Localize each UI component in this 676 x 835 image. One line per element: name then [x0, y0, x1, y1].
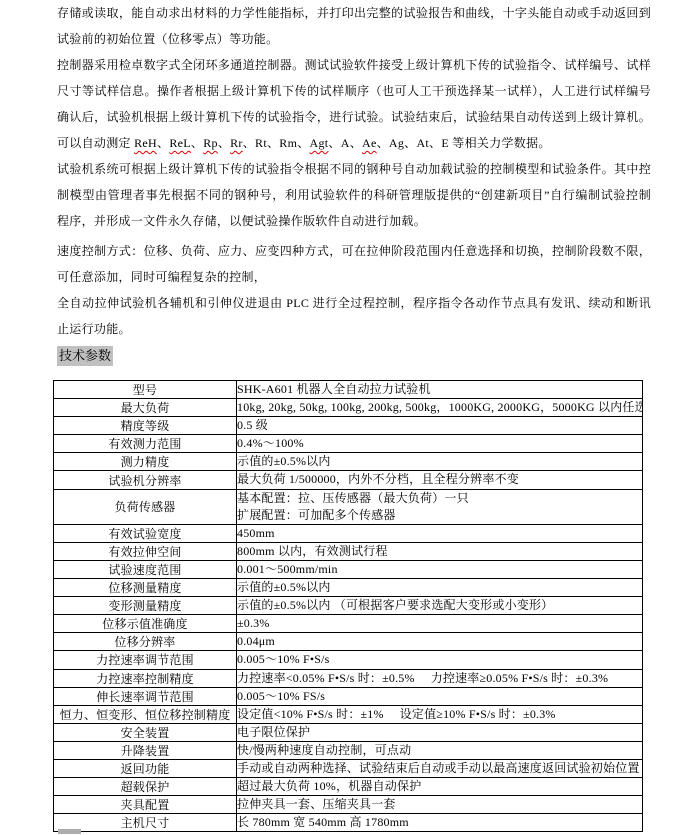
spec-label: 升降装置: [54, 741, 237, 759]
spec-value: SHK-A601 机器人全自动拉力试验机: [237, 381, 643, 399]
misspelled-term: Rp: [203, 136, 218, 150]
text-line: 可任意添加，同时可编程复杂的控制，: [57, 264, 651, 290]
text-segment: 可以自动测定: [57, 136, 134, 150]
text-segment: 全自动拉伸试验机各辅机和引伸仪进退由 PLC 进行全过程控制，程序指令各动作节点…: [57, 296, 651, 316]
spec-value-line: 扩展配置：可加配多个传感器: [237, 507, 642, 524]
spec-value-line: 800mm 以内，有效测试行程: [237, 543, 642, 560]
spec-value: 0.005～10% F•S/s: [237, 651, 643, 669]
spec-value-line: 0.001～500mm/min: [237, 561, 642, 578]
spec-label: 精度等级: [54, 417, 237, 435]
misspelled-term: Ae: [362, 136, 377, 150]
text-segment: 存储或读取，能自动求出材料的力学性能指标，并打印出完整的试验报告和曲线，十字头能…: [57, 6, 651, 20]
spec-value-line: 设定值<10% F•S/s 时：±1% 设定值≥10% F•S/s 时：±0.3…: [237, 706, 642, 723]
section-heading-technical-parameters: 技术参数: [57, 346, 113, 366]
spec-label-text: 力控速率调节范围: [96, 653, 194, 667]
spec-value-line: ±0.3%: [237, 615, 642, 632]
table-row: 位移分辨率0.04μm: [54, 633, 643, 651]
spec-label-text: 位移示值准确度: [102, 617, 187, 631]
spec-value-line: 10kg, 20kg, 50kg, 100kg, 200kg, 500kg，10…: [237, 399, 642, 416]
spec-value-line: 0.04μm: [237, 633, 642, 650]
spec-label-text: 恒力、恒变形、恒位移控制精度: [60, 708, 231, 722]
spec-value-line: 基本配置：拉、压传感器（最大负荷）一只: [237, 490, 642, 507]
spec-label: 返回功能: [54, 759, 237, 777]
spec-value-line: 长 780mm 宽 540mm 高 1780mm: [237, 814, 642, 831]
text-segment: 可任意添加，同时可编程复杂的控制，: [57, 270, 266, 284]
table-row: 力控速率调节范围0.005～10% F•S/s: [54, 651, 643, 669]
text-line: 控制器采用检卓数字式全闭环多通道控制器。测试试验软件接受上级计算机下传的试验指令…: [57, 52, 651, 78]
spec-label-text: 超载保护: [121, 780, 170, 794]
spec-value: 800mm 以内，有效测试行程: [237, 542, 643, 560]
text-line: 程序，并形成一文件永久存储，以便试验操作版软件自动进行加载。: [57, 208, 651, 234]
text-line: 全自动拉伸试验机各辅机和引伸仪进退由 PLC 进行全过程控制，程序指令各动作节点…: [57, 290, 651, 316]
table-row: 试验速度范围0.001～500mm/min: [54, 560, 643, 578]
text-segment: 试验前的初始位置（位移零点）等功能。: [57, 32, 278, 46]
spec-label: 安全装置: [54, 723, 237, 741]
spec-label-text: 测力精度: [121, 455, 170, 469]
spec-value: 450mm: [237, 524, 643, 542]
spec-value: 电子限位保护: [237, 723, 643, 741]
misspelled-term: ReH: [134, 136, 157, 150]
spec-value: 10kg, 20kg, 50kg, 100kg, 200kg, 500kg，10…: [237, 399, 643, 417]
table-row: 有效测力范围0.4%～100%: [54, 435, 643, 453]
spec-value: 基本配置：拉、压传感器（最大负荷）一只扩展配置：可加配多个传感器: [237, 489, 643, 524]
spec-value: 0.5 级: [237, 417, 643, 435]
table-row: 升降装置快/慢两种速度自动控制，可点动: [54, 741, 643, 759]
spec-value-line: 示值的±0.5%以内: [237, 453, 642, 470]
text-segment: 、: [218, 136, 230, 150]
spec-label: 伸长速率调节范围: [54, 687, 237, 705]
spec-label-text: 安全装置: [121, 726, 170, 740]
spec-value-line: 超过最大负荷 10%，机器自动保护: [237, 778, 642, 795]
spec-value-line: 快/慢两种速度自动控制，可点动: [237, 742, 642, 759]
spec-value: 手动或自动两种选择、试验结束后自动或手动以最高速度返回试验初始位置: [237, 759, 643, 777]
spec-value: 拉伸夹具一套、压缩夹具一套: [237, 796, 643, 814]
text-line: 速度控制方式：位移、负荷、应力、应变四种方式，可在拉伸阶段范围内任意选择和切换，…: [57, 238, 651, 264]
paragraph: 速度控制方式：位移、负荷、应力、应变四种方式，可在拉伸阶段范围内任意选择和切换，…: [57, 238, 651, 290]
spec-label: 有效试验宽度: [54, 524, 237, 542]
table-row: 精度等级0.5 级: [54, 417, 643, 435]
document-text: 存储或读取，能自动求出材料的力学性能指标，并打印出完整的试验报告和曲线，十字头能…: [57, 0, 651, 342]
table-row: 有效试验宽度450mm: [54, 524, 643, 542]
table-row: 型号SHK-A601 机器人全自动拉力试验机: [54, 381, 643, 399]
spec-value: 0.001～500mm/min: [237, 560, 643, 578]
spec-value-line: 0.5 级: [237, 417, 642, 434]
spec-value-line: 0.4%～100%: [237, 435, 642, 452]
spec-label-text: 夹具配置: [121, 798, 170, 812]
table-row: 变形测量精度示值的±0.5%以内 （可根据客户要求选配大变形或小变形）: [54, 597, 643, 615]
spec-label: 负荷传感器: [54, 489, 237, 524]
spec-value: 0.005～10% FS/s: [237, 687, 643, 705]
spec-label-text: 有效测力范围: [108, 437, 181, 451]
spec-label-text: 有效拉伸空间: [108, 545, 181, 559]
heading-area: 技术参数: [57, 342, 651, 368]
spec-label: 位移示值准确度: [54, 615, 237, 633]
spec-label: 变形测量精度: [54, 597, 237, 615]
spec-value-line: 手动或自动两种选择、试验结束后自动或手动以最高速度返回试验初始位置: [237, 760, 642, 777]
table-row: 主机尺寸长 780mm 宽 540mm 高 1780mm: [54, 814, 643, 832]
spec-value: 0.04μm: [237, 633, 643, 651]
spec-label: 位移分辨率: [54, 633, 237, 651]
text-line: 试验机系统可根据上级计算机下传的试验指令根据不同的钢种号自动加载试验的控制模型和…: [57, 156, 651, 182]
table-row: 负荷传感器基本配置：拉、压传感器（最大负荷）一只扩展配置：可加配多个传感器: [54, 489, 643, 524]
text-segment: 试验机系统可根据上级计算机下传的试验指令根据不同的钢种号自动加载试验的控制模型和…: [57, 162, 651, 176]
spec-label-text: 有效试验宽度: [108, 527, 181, 541]
misspelled-term: Agt: [310, 136, 329, 150]
table-row: 安全装置电子限位保护: [54, 723, 643, 741]
spec-label-text: 力控速率控制精度: [96, 672, 194, 686]
text-line: 止运行功能。: [57, 316, 651, 342]
text-segment: 确认后，试验机根据上级计算机下传的试验指令，进行试验。试验结束后，试验结果自动传…: [57, 110, 651, 124]
spec-label-text: 伸长速率调节范围: [96, 690, 194, 704]
spec-value: 示值的±0.5%以内: [237, 453, 643, 471]
spec-label: 有效测力范围: [54, 435, 237, 453]
text-segment: 、: [157, 136, 169, 150]
table-row: 试验机分辨率最大负荷 1/500000，内外不分档，且全程分辨率不变: [54, 471, 643, 489]
text-segment: 、Ag、At、E 等相关力学数据。: [377, 136, 551, 150]
spec-value-line: SHK-A601 机器人全自动拉力试验机: [237, 381, 642, 398]
paragraph: 全自动拉伸试验机各辅机和引伸仪进退由 PLC 进行全过程控制，程序指令各动作节点…: [57, 290, 651, 342]
spec-label: 测力精度: [54, 453, 237, 471]
spec-value-line: 0.005～10% FS/s: [237, 688, 642, 705]
spec-value-line: 示值的±0.5%以内 （可根据客户要求选配大变形或小变形）: [237, 597, 642, 614]
spec-label-text: 位移测量精度: [108, 581, 181, 595]
paragraph: 存储或读取，能自动求出材料的力学性能指标，并打印出完整的试验报告和曲线，十字头能…: [57, 0, 651, 52]
text-line: 试验前的初始位置（位移零点）等功能。: [57, 26, 651, 52]
table-row: 测力精度示值的±0.5%以内: [54, 453, 643, 471]
text-line: 存储或读取，能自动求出材料的力学性能指标，并打印出完整的试验报告和曲线，十字头能…: [57, 0, 651, 26]
spec-value: 最大负荷 1/500000，内外不分档，且全程分辨率不变: [237, 471, 643, 489]
text-segment: 止运行功能。: [57, 322, 131, 336]
spec-label-text: 型号: [133, 383, 157, 397]
table-row: 位移测量精度示值的±0.5%以内: [54, 579, 643, 597]
spec-value-line: 拉伸夹具一套、压缩夹具一套: [237, 796, 642, 813]
page-bottom-cutoff-highlight: [58, 829, 81, 834]
text-line: 尺寸等试样信息。操作者根据上级计算机下传的试样顺序（也可人工干预选择某一试样），…: [57, 78, 651, 104]
heading-row: 技术参数: [57, 346, 651, 368]
spec-value-line: 450mm: [237, 525, 642, 542]
table-row: 伸长速率调节范围0.005～10% FS/s: [54, 687, 643, 705]
spec-value: 示值的±0.5%以内 （可根据客户要求选配大变形或小变形）: [237, 597, 643, 615]
text-segment: 、A、: [328, 136, 362, 150]
spec-label: 试验速度范围: [54, 560, 237, 578]
spec-value: 0.4%～100%: [237, 435, 643, 453]
spec-label-text: 主机尺寸: [121, 816, 170, 830]
text-segment: 程序，并形成一文件永久存储，以便试验操作版软件自动进行加载。: [57, 214, 426, 228]
spec-label-text: 位移分辨率: [114, 635, 175, 649]
spec-value-line: 0.005～10% F•S/s: [237, 651, 642, 668]
spec-label: 力控速率控制精度: [54, 669, 237, 687]
spec-label: 试验机分辨率: [54, 471, 237, 489]
spec-label: 型号: [54, 381, 237, 399]
spec-value: 示值的±0.5%以内: [237, 579, 643, 597]
spec-label: 位移测量精度: [54, 579, 237, 597]
spec-label-text: 负荷传感器: [114, 500, 175, 514]
misspelled-term: Rr: [230, 136, 243, 150]
spec-value: 设定值<10% F•S/s 时：±1% 设定值≥10% F•S/s 时：±0.3…: [237, 705, 643, 723]
spec-value: 快/慢两种速度自动控制，可点动: [237, 741, 643, 759]
spec-value-line: 力控速率<0.05% F•S/s 时：±0.5% 力控速率≥0.05% F•S/…: [237, 670, 642, 687]
spec-table: 型号SHK-A601 机器人全自动拉力试验机最大负荷10kg, 20kg, 50…: [53, 380, 643, 832]
text-segment: 、Rt、Rm、: [243, 136, 310, 150]
table-row: 夹具配置拉伸夹具一套、压缩夹具一套: [54, 796, 643, 814]
spec-table-body: 型号SHK-A601 机器人全自动拉力试验机最大负荷10kg, 20kg, 50…: [54, 381, 643, 832]
spec-value-line: 示值的±0.5%以内: [237, 579, 642, 596]
spec-label-text: 最大负荷: [121, 401, 170, 415]
spec-label-text: 精度等级: [121, 419, 170, 433]
table-row: 位移示值准确度±0.3%: [54, 615, 643, 633]
spec-value: 超过最大负荷 10%，机器自动保护: [237, 778, 643, 796]
spec-label-text: 返回功能: [121, 762, 170, 776]
spec-label: 恒力、恒变形、恒位移控制精度: [54, 705, 237, 723]
paragraph: 控制器采用检卓数字式全闭环多通道控制器。测试试验软件接受上级计算机下传的试验指令…: [57, 52, 651, 156]
table-row: 有效拉伸空间800mm 以内，有效测试行程: [54, 542, 643, 560]
text-line: 可以自动测定 ReH、ReL、Rp、Rr、Rt、Rm、Agt、A、Ae、Ag、A…: [57, 130, 651, 156]
spec-label-text: 试验机分辨率: [108, 474, 181, 488]
table-row: 恒力、恒变形、恒位移控制精度设定值<10% F•S/s 时：±1% 设定值≥10…: [54, 705, 643, 723]
table-row: 力控速率控制精度力控速率<0.05% F•S/s 时：±0.5% 力控速率≥0.…: [54, 669, 643, 687]
text-segment: 制模型由管理者事先根据不同的钢种号，利用试验软件的科研管理版提供的“创建新项目”…: [57, 188, 651, 202]
text-line: 确认后，试验机根据上级计算机下传的试验指令，进行试验。试验结束后，试验结果自动传…: [57, 104, 651, 130]
table-row: 超载保护超过最大负荷 10%，机器自动保护: [54, 778, 643, 796]
spec-label: 最大负荷: [54, 399, 237, 417]
spec-value: ±0.3%: [237, 615, 643, 633]
paragraph: 试验机系统可根据上级计算机下传的试验指令根据不同的钢种号自动加载试验的控制模型和…: [57, 156, 651, 234]
text-segment: 控制器采用检卓数字式全闭环多通道控制器。测试试验软件接受上级计算机下传的试验指令…: [57, 58, 651, 72]
text-segment: 尺寸等试样信息。操作者根据上级计算机下传的试样顺序（也可人工干预选择某一试样），…: [57, 84, 651, 98]
spec-label: 有效拉伸空间: [54, 542, 237, 560]
text-segment: 速度控制方式：位移、负荷、应力、应变四种方式，可在拉伸阶段范围内任意选择和切换，…: [57, 244, 651, 258]
spec-label-text: 试验速度范围: [108, 563, 181, 577]
spec-value-line: 最大负荷 1/500000，内外不分档，且全程分辨率不变: [237, 471, 642, 488]
spec-label-text: 变形测量精度: [108, 599, 181, 613]
spec-value: 力控速率<0.05% F•S/s 时：±0.5% 力控速率≥0.05% F•S/…: [237, 669, 643, 687]
text-line: 制模型由管理者事先根据不同的钢种号，利用试验软件的科研管理版提供的“创建新项目”…: [57, 182, 651, 208]
spec-value: 长 780mm 宽 540mm 高 1780mm: [237, 814, 643, 832]
misspelled-term: ReL: [169, 136, 191, 150]
table-row: 最大负荷10kg, 20kg, 50kg, 100kg, 200kg, 500k…: [54, 399, 643, 417]
spec-value-line: 电子限位保护: [237, 724, 642, 741]
spec-label: 力控速率调节范围: [54, 651, 237, 669]
spec-label: 夹具配置: [54, 796, 237, 814]
spec-label-text: 升降装置: [121, 744, 170, 758]
spec-label: 超载保护: [54, 778, 237, 796]
text-segment: 、: [191, 136, 203, 150]
table-row: 返回功能手动或自动两种选择、试验结束后自动或手动以最高速度返回试验初始位置: [54, 759, 643, 777]
